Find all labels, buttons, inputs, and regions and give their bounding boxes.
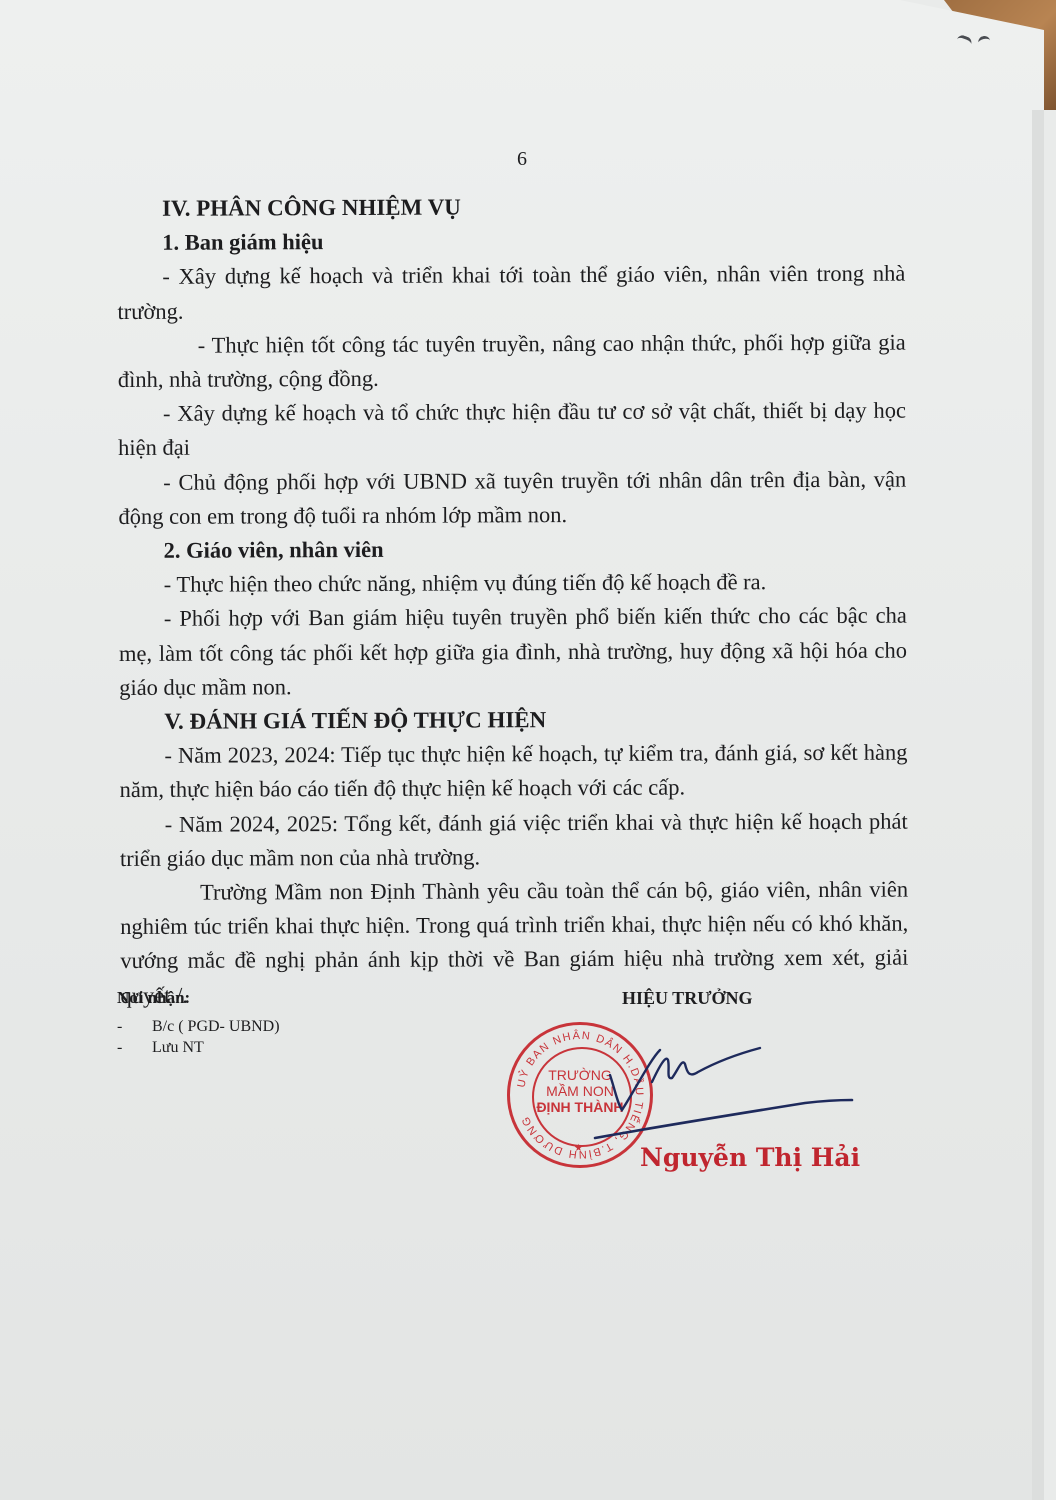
recipients-label: Nơi nhận: (117, 988, 280, 1008)
paragraph: - Phối hợp với Ban giám hiệu tuyên truyề… (119, 599, 907, 705)
subsection-heading-ban-giam-hieu: 1. Ban giám hiệu (162, 223, 905, 260)
section-heading-v: V. ĐÁNH GIÁ TIẾN ĐỘ THỰC HIỆN (164, 702, 907, 739)
staple-icon (956, 34, 973, 48)
paper-edge (1032, 110, 1044, 1500)
paragraph: - Thực hiện theo chức năng, nhiệm vụ đún… (119, 565, 907, 603)
recipients-block: Nơi nhận: -B/c ( PGD- UBND) -Lưu NT (117, 988, 280, 1058)
recipients-list: -B/c ( PGD- UBND) -Lưu NT (117, 1016, 280, 1058)
subsection-heading-giao-vien: 2. Giáo viên, nhân viên (163, 531, 906, 568)
document-body: IV. PHÂN CÔNG NHIỆM VỤ 1. Ban giám hiệu … (117, 189, 909, 1013)
paragraph: - Xây dựng kế hoạch và triển khai tới to… (117, 257, 905, 329)
paragraph: - Thực hiện tốt công tác tuyên truyền, n… (118, 325, 906, 397)
signer-title: HIỆU TRƯỞNG (622, 988, 753, 1009)
paragraph: - Xây dựng kế hoạch và tổ chức thực hiện… (118, 394, 906, 466)
recipient-item: -Lưu NT (117, 1037, 280, 1058)
page-number: 6 (0, 148, 1044, 171)
recipient-item: -B/c ( PGD- UBND) (117, 1016, 280, 1037)
document-page: 6 IV. PHÂN CÔNG NHIỆM VỤ 1. Ban giám hiệ… (0, 0, 1044, 1500)
paragraph: - Chủ động phối hợp với UBND xã tuyên tr… (118, 462, 906, 534)
paragraph: - Năm 2023, 2024: Tiếp tục thực hiện kế … (119, 736, 907, 808)
staple-icon (977, 35, 991, 46)
star-icon: ★ (574, 1143, 583, 1154)
paragraph: - Năm 2024, 2025: Tổng kết, đánh giá việ… (120, 804, 908, 876)
signer-name: Nguyễn Thị Hải (640, 1143, 860, 1172)
handwritten-signature-icon (590, 1020, 870, 1150)
section-heading-iv: IV. PHÂN CÔNG NHIỆM VỤ (162, 189, 905, 226)
